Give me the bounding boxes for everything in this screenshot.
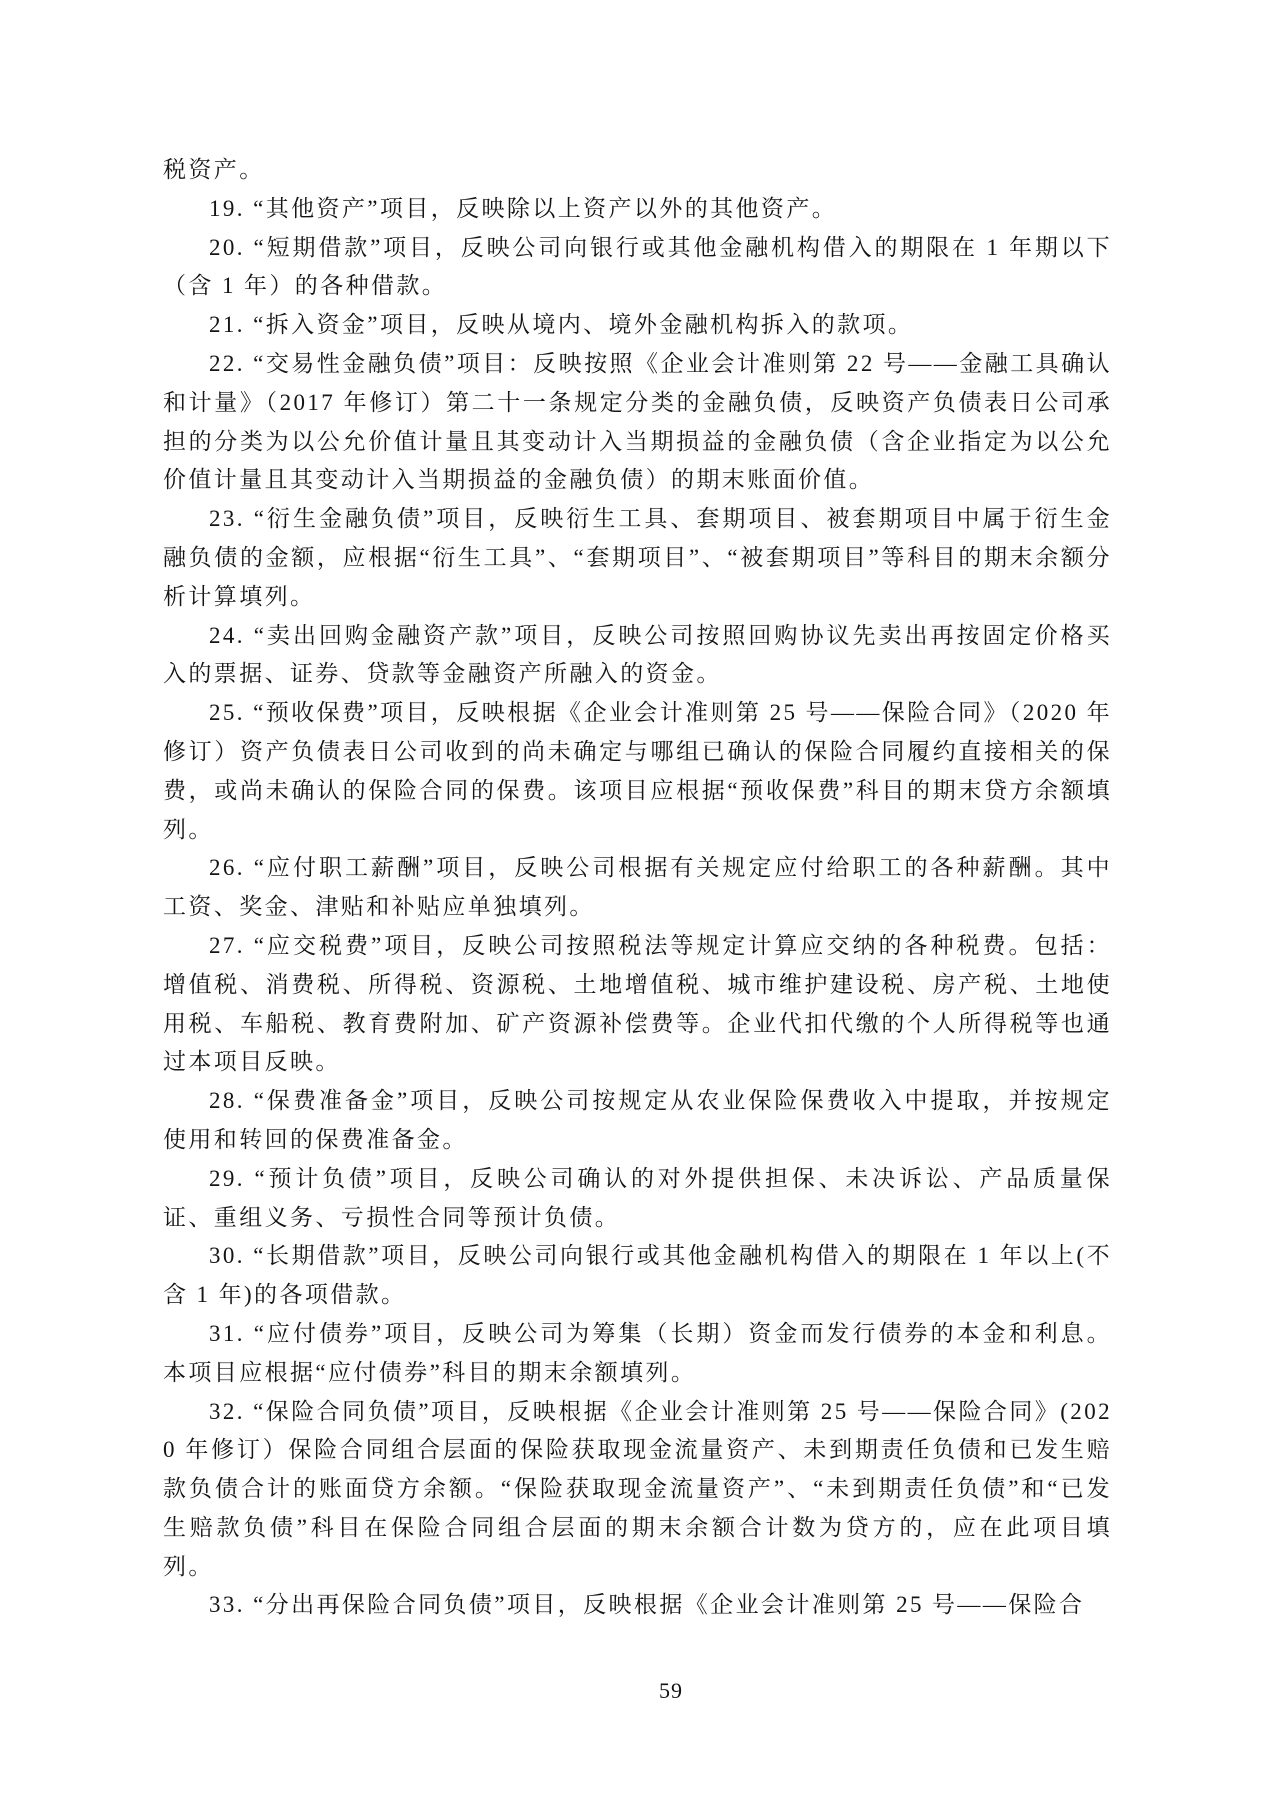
paragraph-item-22: 22. “交易性金融负债”项目：反映按照《企业会计准则第 22 号——金融工具确… — [163, 345, 1112, 500]
page-number: 59 — [0, 1678, 1280, 1704]
paragraph-item-24: 24. “卖出回购金融资产款”项目，反映公司按照回购协议先卖出再按固定价格买入的… — [163, 617, 1112, 695]
paragraph-continuation: 税资产。 — [163, 151, 1112, 190]
document-page: 税资产。 19. “其他资产”项目，反映除以上资产以外的其他资产。 20. “短… — [0, 0, 1280, 1811]
paragraph-item-23: 23. “衍生金融负债”项目，反映衍生工具、套期项目、被套期项目中属于衍生金融负… — [163, 500, 1112, 616]
paragraph-item-31: 31. “应付债券”项目，反映公司为筹集（长期）资金而发行债券的本金和利息。本项… — [163, 1315, 1112, 1393]
paragraph-item-32: 32. “保险合同负债”项目，反映根据《企业会计准则第 25 号——保险合同》(… — [163, 1393, 1112, 1587]
document-text-block: 税资产。 19. “其他资产”项目，反映除以上资产以外的其他资产。 20. “短… — [163, 151, 1112, 1625]
paragraph-item-25: 25. “预收保费”项目，反映根据《企业会计准则第 25 号——保险合同》（20… — [163, 694, 1112, 849]
paragraph-item-21: 21. “拆入资金”项目，反映从境内、境外金融机构拆入的款项。 — [163, 306, 1112, 345]
paragraph-item-19: 19. “其他资产”项目，反映除以上资产以外的其他资产。 — [163, 190, 1112, 229]
paragraph-item-28: 28. “保费准备金”项目，反映公司按规定从农业保险保费收入中提取，并按规定使用… — [163, 1082, 1112, 1160]
paragraph-item-20: 20. “短期借款”项目，反映公司向银行或其他金融机构借入的期限在 1 年期以下… — [163, 229, 1112, 307]
paragraph-item-26: 26. “应付职工薪酬”项目，反映公司根据有关规定应付给职工的各种薪酬。其中工资… — [163, 849, 1112, 927]
paragraph-item-27: 27. “应交税费”项目，反映公司按照税法等规定计算应交纳的各种税费。包括：增值… — [163, 927, 1112, 1082]
paragraph-item-33: 33. “分出再保险合同负债”项目，反映根据《企业会计准则第 25 号——保险合 — [163, 1586, 1112, 1625]
paragraph-item-30: 30. “长期借款”项目，反映公司向银行或其他金融机构借入的期限在 1 年以上(… — [163, 1237, 1112, 1315]
paragraph-item-29: 29. “预计负债”项目，反映公司确认的对外提供担保、未决诉讼、产品质量保证、重… — [163, 1160, 1112, 1238]
